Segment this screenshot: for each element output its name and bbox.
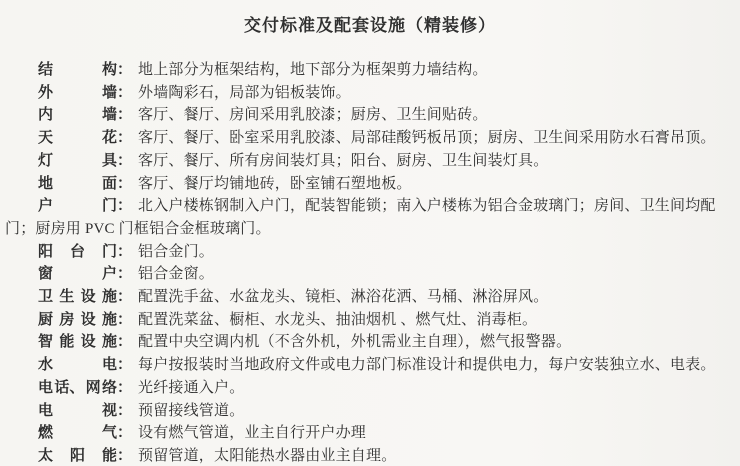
spec-row: 水电：每户按报装时当地政府文件或电力部门标准设计和提供电力，每户安装独立水、电表… — [5, 354, 734, 377]
spec-value: 每户按报装时当地政府文件或电力部门标准设计和提供电力，每户安装独立水、电表。 — [138, 357, 716, 373]
spec-label: 地面： — [38, 173, 132, 196]
spec-row: 地面：客厅、餐厅均铺地砖，卧室铺石塑地板。 — [5, 173, 734, 196]
spec-label: 太阳能： — [38, 445, 132, 466]
delivery-standards-document: 交付标准及配套设施（精装修） 结构：地上部分为框架结构，地下部分为框架剪力墙结构… — [0, 0, 740, 466]
spec-list: 结构：地上部分为框架结构，地下部分为框架剪力墙结构。 外墙：外墙陶彩石，局部为铝… — [0, 59, 740, 466]
spec-label: 户门： — [38, 195, 132, 218]
spec-value: 客厅、餐厅、卧室采用乳胶漆、局部硅酸钙板吊顶；厨房、卫生间采用防水石膏吊顶。 — [138, 130, 716, 146]
spec-label: 燃气： — [38, 422, 132, 445]
spec-label: 天花： — [38, 127, 132, 150]
spec-row: 户门：北入户楼栋钢制入户门，配装智能锁；南入户楼栋为铝合金玻璃门；房间、卫生间均… — [5, 195, 734, 240]
spec-value: 客厅、餐厅均铺地砖，卧室铺石塑地板。 — [138, 176, 412, 192]
spec-row: 内墙：客厅、餐厅、房间采用乳胶漆；厨房、卫生间贴砖。 — [5, 104, 734, 127]
spec-value: 配置洗菜盆、橱柜、水龙头、抽油烟机 、燃气灶、消毒柜。 — [138, 312, 537, 328]
spec-value: 配置中央空调内机（不含外机，外机需业主自理），燃气报警器。 — [138, 334, 571, 350]
spec-value: 地上部分为框架结构，地下部分为框架剪力墙结构。 — [138, 62, 488, 78]
spec-label: 结构： — [38, 59, 132, 82]
spec-row: 天花：客厅、餐厅、卧室采用乳胶漆、局部硅酸钙板吊顶；厨房、卫生间采用防水石膏吊顶… — [5, 127, 734, 150]
spec-row: 电视：预留接线管道。 — [5, 400, 734, 423]
spec-value: 客厅、餐厅、所有房间装灯具；阳台、厨房、卫生间装灯具。 — [138, 153, 548, 169]
spec-label: 窗户： — [38, 263, 132, 286]
spec-row: 卫生设施：配置洗手盆、水盆龙头、镜柜、淋浴花洒、马桶、淋浴屏风。 — [5, 286, 734, 309]
spec-value: 客厅、餐厅、房间采用乳胶漆；厨房、卫生间贴砖。 — [138, 107, 488, 123]
spec-value: 铝合金门。 — [138, 244, 214, 260]
spec-row: 灯具：客厅、餐厅、所有房间装灯具；阳台、厨房、卫生间装灯具。 — [5, 150, 734, 173]
spec-label: 内墙： — [38, 104, 132, 127]
spec-row: 电话、网络：光纤接通入户。 — [5, 377, 734, 400]
spec-label: 电话、网络： — [38, 377, 132, 400]
spec-value: 配置洗手盆、水盆龙头、镜柜、淋浴花洒、马桶、淋浴屏风。 — [138, 289, 548, 305]
spec-label: 外墙： — [38, 82, 132, 105]
spec-row: 阳台门：铝合金门。 — [5, 241, 734, 264]
spec-row: 燃气：设有燃气管道，业主自行开户办理 — [5, 422, 734, 445]
spec-row: 太阳能：预留管道，太阳能热水器由业主自理。 — [5, 445, 734, 466]
spec-label: 卫生设施： — [38, 286, 132, 309]
spec-row: 外墙：外墙陶彩石，局部为铝板装饰。 — [5, 82, 734, 105]
spec-value: 设有燃气管道，业主自行开户办理 — [138, 425, 366, 441]
spec-label: 灯具： — [38, 150, 132, 173]
spec-value: 预留管道，太阳能热水器由业主自理。 — [138, 448, 396, 464]
spec-label: 阳台门： — [38, 241, 132, 264]
spec-row: 智能设施：配置中央空调内机（不含外机，外机需业主自理），燃气报警器。 — [5, 331, 734, 354]
spec-label: 电视： — [38, 400, 132, 423]
spec-row: 厨房设施：配置洗菜盆、橱柜、水龙头、抽油烟机 、燃气灶、消毒柜。 — [5, 309, 734, 332]
spec-row: 结构：地上部分为框架结构，地下部分为框架剪力墙结构。 — [5, 59, 734, 82]
spec-value: 预留接线管道。 — [138, 403, 244, 419]
spec-value: 光纤接通入户。 — [138, 380, 244, 396]
spec-value: 铝合金窗。 — [138, 266, 214, 282]
page-title: 交付标准及配套设施（精装修） — [0, 0, 740, 38]
spec-label: 智能设施： — [38, 331, 132, 354]
spec-row: 窗户：铝合金窗。 — [5, 263, 734, 286]
spec-label: 厨房设施： — [38, 309, 132, 332]
spec-label: 水电： — [38, 354, 132, 377]
spec-value: 外墙陶彩石，局部为铝板装饰。 — [138, 85, 351, 101]
